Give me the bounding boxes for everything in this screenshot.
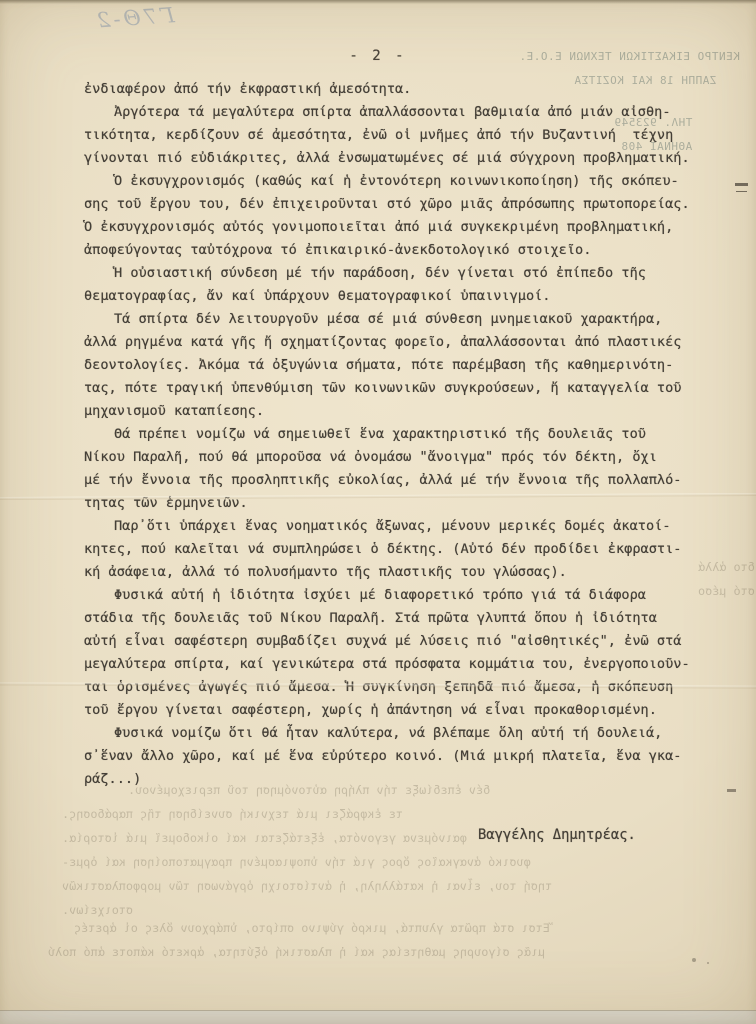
paragraph: Ἀργότερα τά μεγαλύτερα σπίρτα ἀπαλλάσσον… (84, 101, 712, 170)
reverse-text-bleedthrough: τησή του, εἶναι ἡ κατάλληλη, ἡ ἀντίστοιχ… (62, 875, 552, 898)
paragraph: Τά σπίρτα δέν λειτουργοῦν μέσα σέ μιά σύ… (84, 308, 712, 423)
paragraph: Ὁ ἐκσυγχρονισμός (καθώς καί ἡ ἐντονότερη… (84, 170, 712, 262)
scanned-letter-page: Γ7Θ-2 ΚΕΝΤΡΟ ΕΙΚΑΣΤΙΚΩΝ ΤΕΧΝΩΝ Ε.Ο.Ε. ΖΑ… (0, 0, 756, 1024)
paragraph: Φυσικά νομίζω ὅτι θά ἦταν καλύτερα, νά β… (84, 722, 712, 791)
paragraph: Ἡ οὐσιαστική σύνδεση μέ τήν παράδοση, δέ… (84, 262, 712, 308)
reverse-text-bleedthrough: φυσικό ἀναγκαῖος ὅρος γιά τήν ὑποψιασμέν… (62, 851, 531, 874)
handwritten-archive-mark: Γ7Θ-2 (93, 3, 175, 33)
reverse-text-bleedthrough: τε ἐκφράζει μιά τεχνική συνείδηση τῆς πα… (62, 803, 403, 826)
scanner-edge (0, 1010, 756, 1024)
letter-body: ἐνδιαφέρον ἀπό τήν ἐκφραστική ἀμεσότητα.… (84, 78, 712, 791)
reverse-text-bleedthrough: Ἔτσι στά πρῶτα γλυπτά, μικρό γύψινο σπίρ… (74, 917, 550, 940)
ink-speck (735, 183, 748, 186)
paragraph: Παρ᾽ὅτι ὑπάρχει ἕνας νοηματικός ἄξωνας, … (84, 515, 712, 584)
page-number: - 2 - (0, 48, 756, 64)
reverse-text-bleedthrough: φαινόμενα γεγονότα, ἐξετάζεται καί οἰκοδ… (62, 827, 467, 850)
signature: Βαγγέλης Δημητρέας. (478, 827, 636, 843)
paragraph: Θά πρέπει νομίζω νά σημειωθεῖ ἕνα χαρακτ… (84, 423, 712, 515)
reverse-text-bleedthrough: μιᾶς σίγουρης μαθητείας καί ἡ πλαστική ὀ… (48, 941, 545, 964)
ink-speck (727, 789, 736, 792)
paragraph: ἐνδιαφέρον ἀπό τήν ἐκφραστική ἀμεσότητα. (84, 78, 712, 101)
ink-speck (692, 958, 696, 962)
paragraph: Φυσικά αὐτή ἡ ἰδιότητα ἰσχύει μέ διαφορε… (84, 584, 712, 722)
